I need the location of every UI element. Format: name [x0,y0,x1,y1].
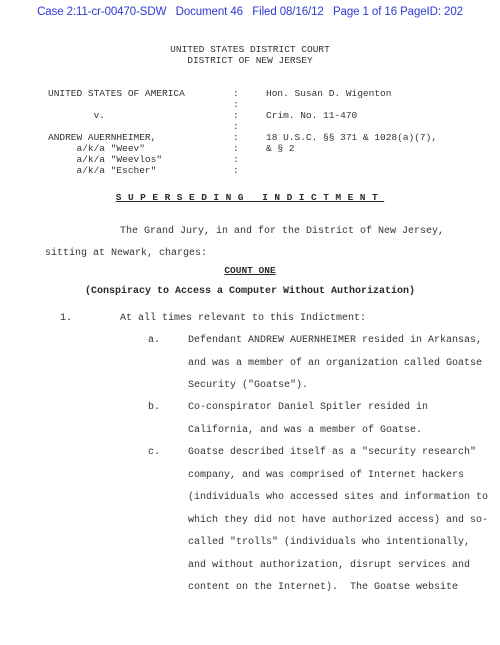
intro-line-2: sitting at Newark, charges: [45,243,207,266]
case-caption-details: Hon. Susan D. Wigenton Crim. No. 11-470 … [266,88,437,154]
count-heading: COUNT ONE [0,265,500,276]
item-label-b: b. [148,397,160,420]
item-text-a: Defendant ANDREW AUERNHEIMER resided in … [188,330,482,398]
paragraph-intro: At all times relevant to this Indictment… [120,308,366,331]
item-text-b: Co-conspirator Daniel Spitler resided in… [188,397,428,442]
court-name-line2: DISTRICT OF NEW JERSEY [0,55,500,66]
intro-line-1: The Grand Jury, in and for the District … [120,221,444,244]
court-name: UNITED STATES DISTRICT COURT DISTRICT OF… [0,44,500,66]
item-text-c: Goatse described itself as a "security r… [188,442,488,600]
case-caption-parties: UNITED STATES OF AMERICA v. ANDREW AUERN… [48,88,185,176]
count-subheading: (Conspiracy to Access a Computer Without… [0,286,500,297]
case-caption-divider: : : : : : : : : [233,88,239,176]
document-title-text: SUPERSEDING INDICTMENT [116,192,384,203]
document-title: SUPERSEDING INDICTMENT [0,192,500,203]
court-filing-stamp: Case 2:11-cr-00470-SDW Document 46 Filed… [0,6,500,18]
item-label-a: a. [148,330,160,353]
paragraph-number: 1. [60,308,72,331]
document-page: Case 2:11-cr-00470-SDW Document 46 Filed… [0,0,500,645]
court-name-line1: UNITED STATES DISTRICT COURT [0,44,500,55]
item-label-c: c. [148,442,160,465]
